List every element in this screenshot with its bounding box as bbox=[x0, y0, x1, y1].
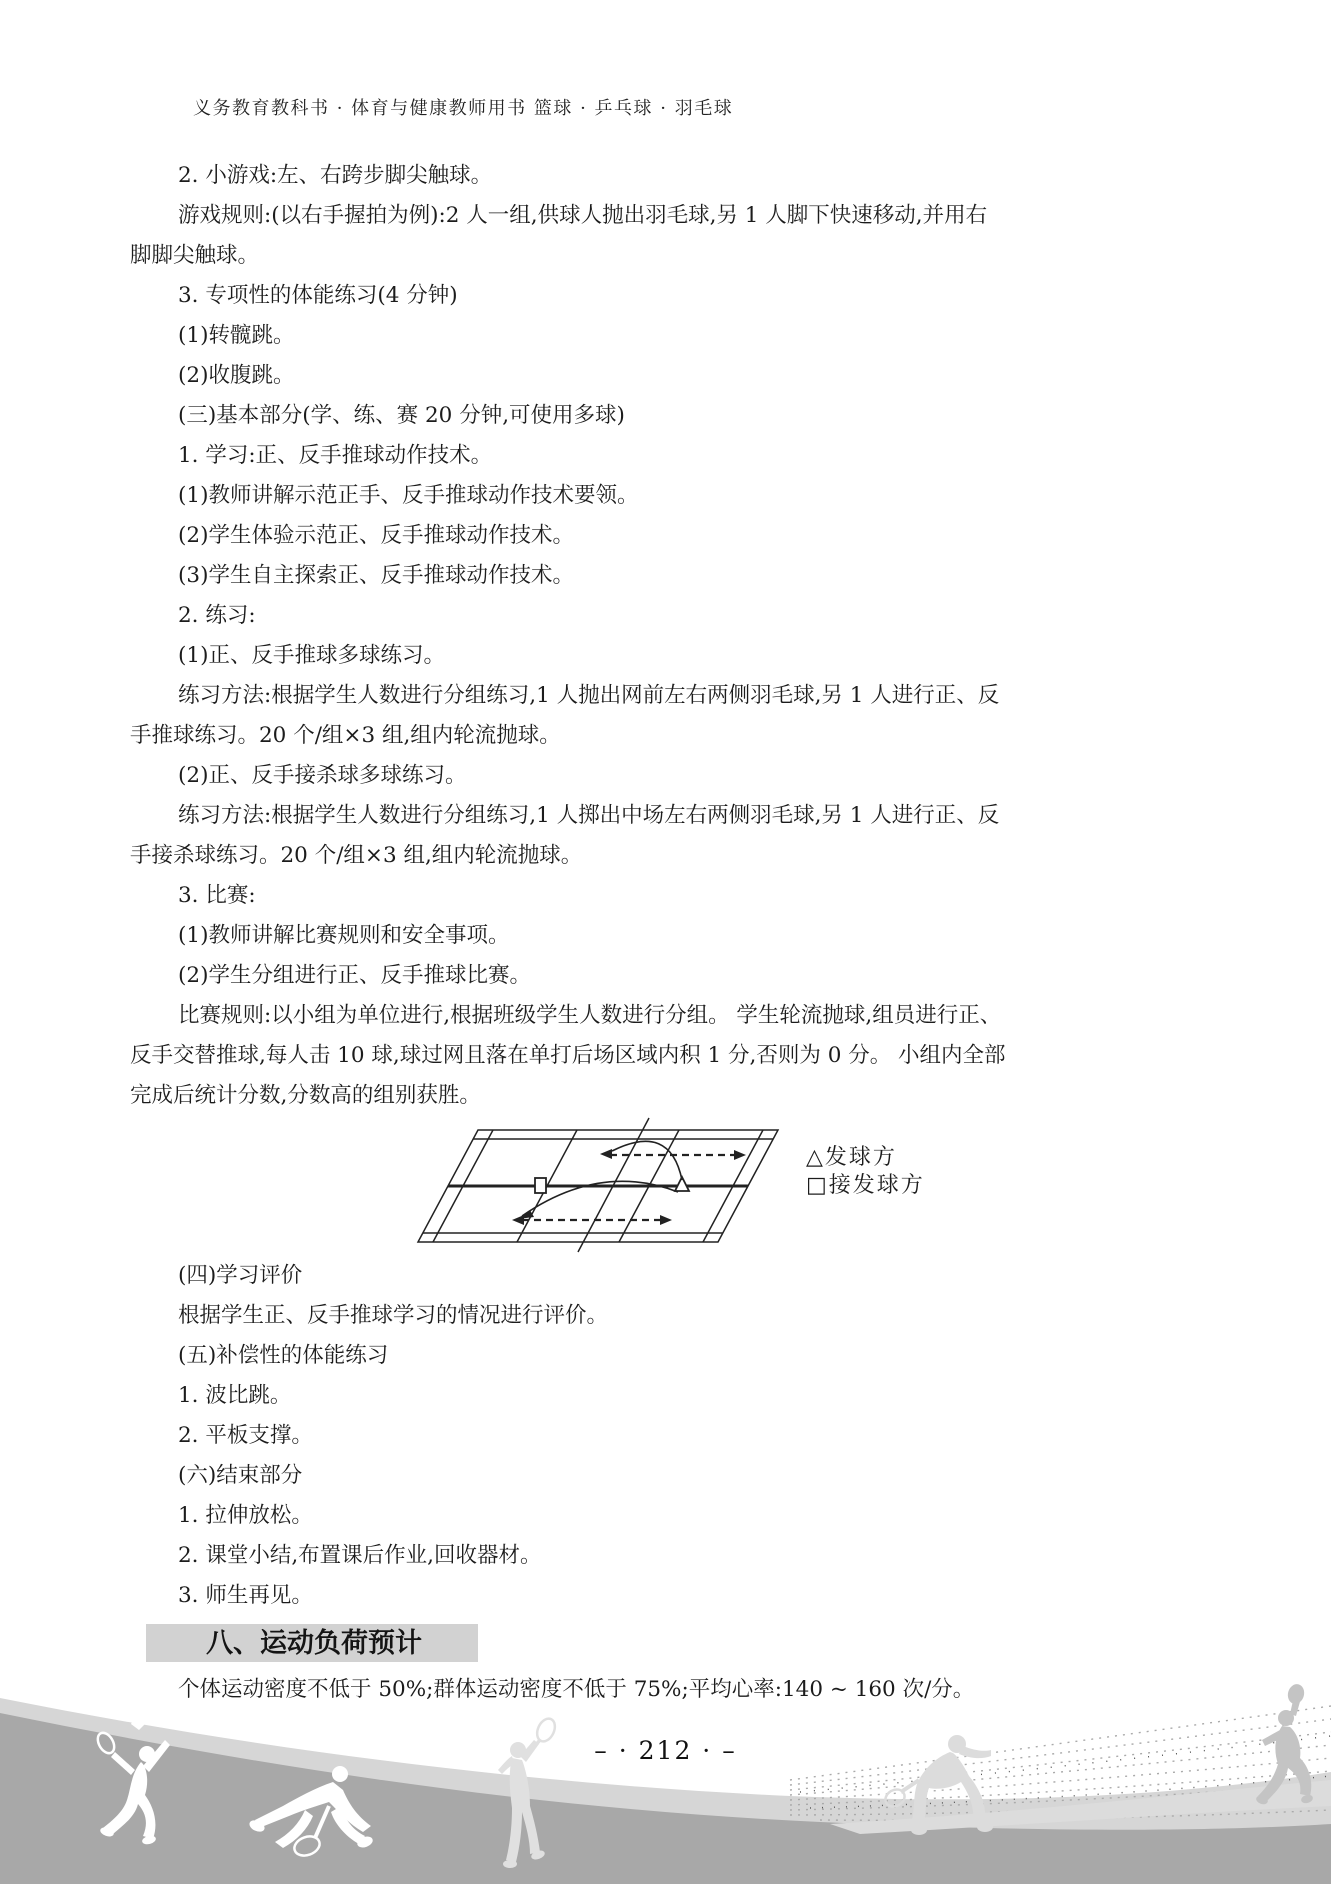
badminton-court-figure: △发球方 □接发球方 bbox=[368, 1116, 968, 1256]
text-line: (1)转髋跳。 bbox=[130, 316, 1205, 356]
text-line: 1. 波比跳。 bbox=[130, 1376, 1205, 1416]
text-line: 手推球练习。20 个/组×3 组,组内轮流抛球。 bbox=[130, 716, 1205, 756]
text-line: 2. 小游戏:左、右跨步脚尖触球。 bbox=[130, 156, 1205, 196]
text-line: (2)收腹跳。 bbox=[130, 356, 1205, 396]
receiver-marker bbox=[535, 1178, 546, 1193]
text-line: 2. 课堂小结,布置课后作业,回收器材。 bbox=[130, 1536, 1205, 1576]
top-arrowhead-left bbox=[600, 1149, 612, 1159]
page-content: 2. 小游戏:左、右跨步脚尖触球。 游戏规则:(以右手握拍为例):2 人一组,供… bbox=[130, 156, 1205, 1710]
text-line: 完成后统计分数,分数高的组别获胜。 bbox=[130, 1076, 1205, 1116]
text-line: 1. 学习:正、反手推球动作技术。 bbox=[130, 436, 1205, 476]
running-head: 义务教育教科书 · 体育与健康教师用书 篮球 · 乒乓球 · 羽毛球 bbox=[193, 94, 733, 120]
text-line: (1)教师讲解示范正手、反手推球动作技术要领。 bbox=[130, 476, 1205, 516]
text-line: (六)结束部分 bbox=[130, 1456, 1205, 1496]
decorative-bottom-band bbox=[0, 1684, 1331, 1884]
text-line: (五)补偿性的体能练习 bbox=[130, 1336, 1205, 1376]
body-text-after-figure: (四)学习评价 根据学生正、反手推球学习的情况进行评价。 (五)补偿性的体能练习… bbox=[130, 1256, 1205, 1616]
text-line: (2)学生分组进行正、反手推球比赛。 bbox=[130, 956, 1205, 996]
text-line: 2. 练习: bbox=[130, 596, 1205, 636]
text-line: 脚脚尖触球。 bbox=[130, 236, 1205, 276]
arc-arrowhead bbox=[518, 1210, 534, 1219]
text-line: 游戏规则:(以右手握拍为例):2 人一组,供球人抛出羽毛球,另 1 人脚下快速移… bbox=[130, 196, 1205, 236]
text-line: (1)正、反手推球多球练习。 bbox=[130, 636, 1205, 676]
text-line: 3. 专项性的体能练习(4 分钟) bbox=[130, 276, 1205, 316]
court-diagram: △发球方 □接发球方 bbox=[130, 1116, 1205, 1256]
bottom-arrowhead-right bbox=[660, 1215, 672, 1225]
text-line: 3. 比赛: bbox=[130, 876, 1205, 916]
text-line: 反手交替推球,每人击 10 球,球过网且落在单打后场区域内积 1 分,否则为 0… bbox=[130, 1036, 1205, 1076]
text-line: 2. 平板支撑。 bbox=[130, 1416, 1205, 1456]
text-line: (三)基本部分(学、练、赛 20 分钟,可使用多球) bbox=[130, 396, 1205, 436]
text-line: 比赛规则:以小组为单位进行,根据班级学生人数进行分组。 学生轮流抛球,组员进行正… bbox=[130, 996, 1205, 1036]
text-line: (2)学生体验示范正、反手推球动作技术。 bbox=[130, 516, 1205, 556]
legend-server-label: △发球方 bbox=[806, 1145, 897, 1170]
text-line: 练习方法:根据学生人数进行分组练习,1 人抛出网前左右两侧羽毛球,另 1 人进行… bbox=[130, 676, 1205, 716]
trajectory-arc-top bbox=[612, 1141, 682, 1180]
body-text-before-figure: 2. 小游戏:左、右跨步脚尖触球。 游戏规则:(以右手握拍为例):2 人一组,供… bbox=[130, 156, 1205, 1116]
document-page: 义务教育教科书 · 体育与健康教师用书 篮球 · 乒乓球 · 羽毛球 2. 小游… bbox=[0, 0, 1331, 1884]
text-line: (1)教师讲解比赛规则和安全事项。 bbox=[130, 916, 1205, 956]
text-line: (3)学生自主探索正、反手推球动作技术。 bbox=[130, 556, 1205, 596]
text-line: 练习方法:根据学生人数进行分组练习,1 人掷出中场左右两侧羽毛球,另 1 人进行… bbox=[130, 796, 1205, 836]
legend-receiver-label: □接发球方 bbox=[806, 1173, 925, 1198]
text-line: (2)正、反手接杀球多球练习。 bbox=[130, 756, 1205, 796]
top-arrowhead-right bbox=[734, 1150, 746, 1160]
page-number: – · 212 · – bbox=[0, 1736, 1331, 1765]
section-heading-sport-load: 八、运动负荷预计 bbox=[146, 1624, 478, 1662]
text-line: 手接杀球练习。20 个/组×3 组,组内轮流抛球。 bbox=[130, 836, 1205, 876]
text-line: 1. 拉伸放松。 bbox=[130, 1496, 1205, 1536]
text-line: 3. 师生再见。 bbox=[130, 1576, 1205, 1616]
text-line: 根据学生正、反手推球学习的情况进行评价。 bbox=[130, 1296, 1205, 1336]
text-line: (四)学习评价 bbox=[130, 1256, 1205, 1296]
